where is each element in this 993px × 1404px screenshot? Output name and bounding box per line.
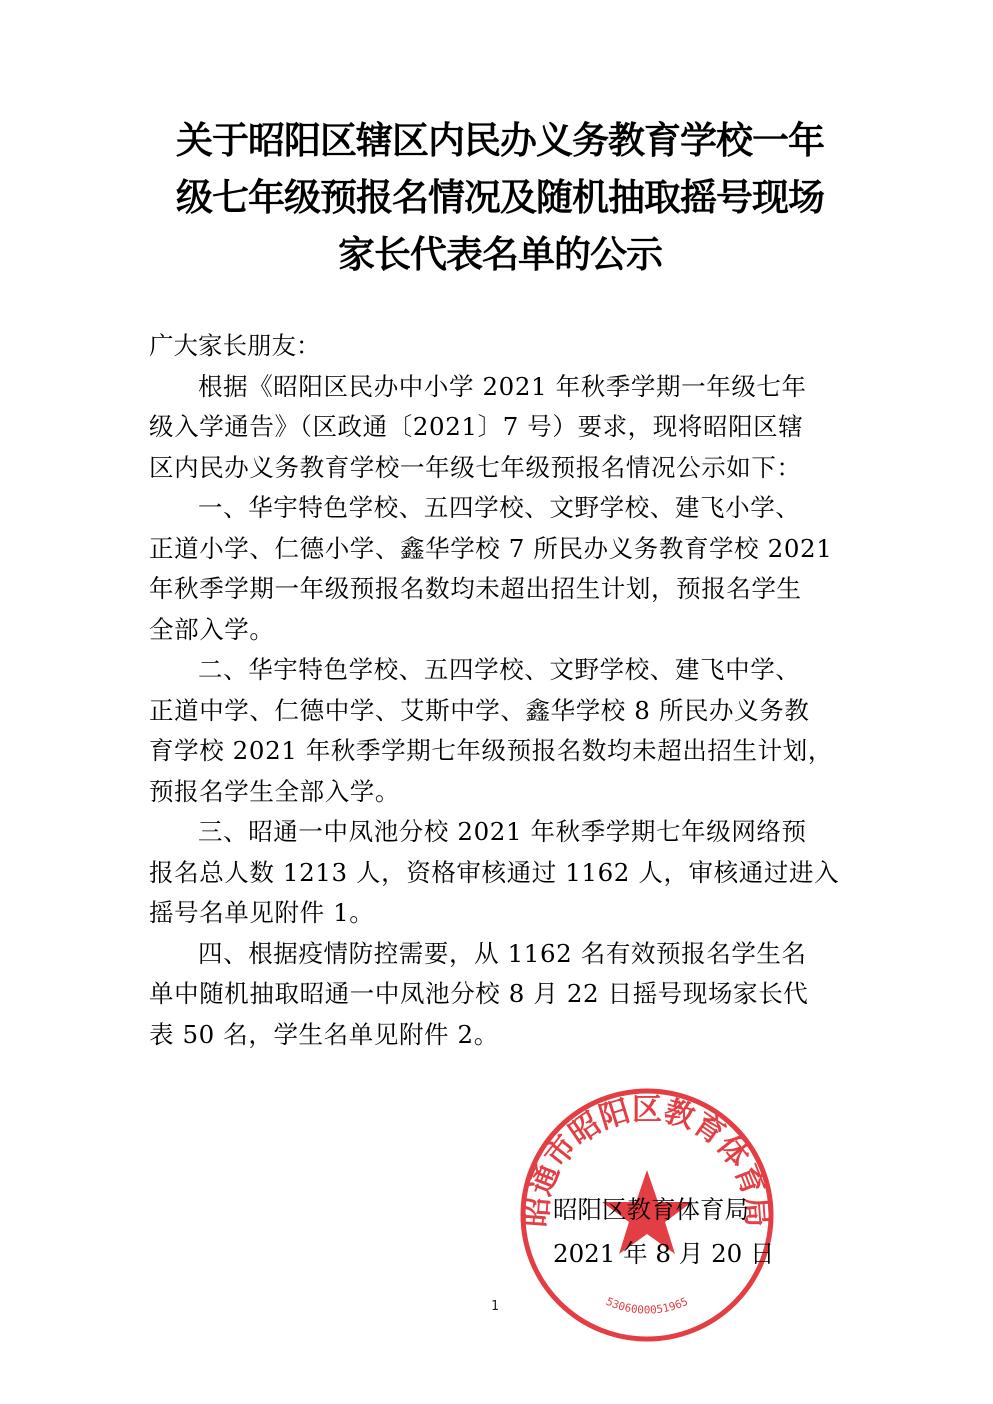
signature-block: 昭阳区教育体育局 2021 年 8 月 20 日 bbox=[553, 1188, 775, 1276]
page-number: 1 bbox=[491, 1299, 499, 1314]
svg-text:5306000051965: 5306000051965 bbox=[604, 1295, 690, 1317]
paragraph-line: 三、昭通一中凤池分校 2021 年秋季学期七年级网络预 bbox=[149, 812, 841, 853]
document-body: 广大家长朋友： 根据《昭阳区民办中小学 2021 年秋季学期一年级七年 级入学通… bbox=[149, 326, 841, 1055]
paragraph-line: 育学校 2021 年秋季学期七年级预报名数均未超出招生计划， bbox=[149, 731, 841, 772]
paragraph-item-3: 三、昭通一中凤池分校 2021 年秋季学期七年级网络预 报名总人数 1213 人… bbox=[149, 812, 841, 934]
signature-organization: 昭阳区教育体育局 bbox=[553, 1188, 775, 1232]
stamp-code: 5306000051965 bbox=[604, 1295, 690, 1317]
salutation: 广大家长朋友： bbox=[149, 326, 841, 367]
paragraph-line: 级入学通告》（区政通〔2021〕7 号）要求，现将昭阳区辖 bbox=[149, 407, 841, 448]
paragraph-line: 预报名学生全部入学。 bbox=[149, 772, 841, 813]
paragraph-line: 摇号名单见附件 1。 bbox=[149, 893, 841, 934]
paragraph-line: 正道小学、仁德小学、鑫华学校 7 所民办义务教育学校 2021 bbox=[149, 529, 841, 570]
document-title: 关于昭阳区辖区内民办义务教育学校一年 级七年级预报名情况及随机抽取摇号现场 家长… bbox=[150, 112, 850, 283]
paragraph-line: 区内民办义务教育学校一年级七年级预报名情况公示如下： bbox=[149, 448, 841, 489]
paragraph-line: 正道中学、仁德中学、艾斯中学、鑫华学校 8 所民办义务教 bbox=[149, 691, 841, 732]
document-page: 关于昭阳区辖区内民办义务教育学校一年 级七年级预报名情况及随机抽取摇号现场 家长… bbox=[0, 0, 993, 1404]
paragraph-line: 四、根据疫情防控需要，从 1162 名有效预报名学生名 bbox=[149, 934, 841, 975]
title-line-2: 级七年级预报名情况及随机抽取摇号现场 bbox=[150, 169, 850, 226]
paragraph-line: 全部入学。 bbox=[149, 610, 841, 651]
paragraph-line: 二、华宇特色学校、五四学校、文野学校、建飞中学、 bbox=[149, 650, 841, 691]
signature-date: 2021 年 8 月 20 日 bbox=[553, 1232, 775, 1276]
paragraph-line: 单中随机抽取昭通一中凤池分校 8 月 22 日摇号现场家长代 bbox=[149, 974, 841, 1015]
paragraph-item-4: 四、根据疫情防控需要，从 1162 名有效预报名学生名 单中随机抽取昭通一中凤池… bbox=[149, 934, 841, 1056]
paragraph-line: 根据《昭阳区民办中小学 2021 年秋季学期一年级七年 bbox=[149, 367, 841, 408]
title-line-3: 家长代表名单的公示 bbox=[150, 226, 850, 283]
paragraph-intro: 根据《昭阳区民办中小学 2021 年秋季学期一年级七年 级入学通告》（区政通〔2… bbox=[149, 367, 841, 489]
paragraph-item-1: 一、华宇特色学校、五四学校、文野学校、建飞小学、 正道小学、仁德小学、鑫华学校 … bbox=[149, 488, 841, 650]
paragraph-line: 报名总人数 1213 人，资格审核通过 1162 人，审核通过进入 bbox=[149, 853, 841, 894]
title-line-1: 关于昭阳区辖区内民办义务教育学校一年 bbox=[150, 112, 850, 169]
paragraph-line: 表 50 名，学生名单见附件 2。 bbox=[149, 1015, 841, 1056]
paragraph-item-2: 二、华宇特色学校、五四学校、文野学校、建飞中学、 正道中学、仁德中学、艾斯中学、… bbox=[149, 650, 841, 812]
paragraph-line: 年秋季学期一年级预报名数均未超出招生计划，预报名学生 bbox=[149, 569, 841, 610]
paragraph-line: 一、华宇特色学校、五四学校、文野学校、建飞小学、 bbox=[149, 488, 841, 529]
